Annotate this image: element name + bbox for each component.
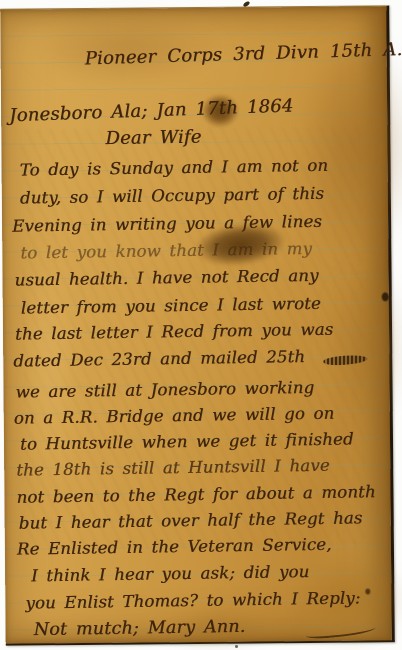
struck-out-word	[323, 354, 368, 366]
letter-line: Re Enlisted in the Veteran Service,	[17, 535, 332, 559]
letter-line: you Enlist Thomas? to which I Reply:	[25, 588, 360, 612]
letter-unit-heading: Pioneer Corps 3rd Divn 15th A.C.	[84, 39, 402, 70]
letter-line: the last letter I Recd from you was	[15, 320, 334, 344]
ink-speck	[235, 645, 238, 648]
stain	[324, 261, 402, 432]
letter-line: letter from you since I last wrote	[21, 294, 321, 318]
ink-spot	[365, 589, 370, 595]
letter-page: Pioneer Corps 3rd Divn 15th A.C. Jonesbo…	[0, 5, 395, 645]
letter-line: duty, so I will Occupy part of this	[20, 184, 325, 208]
letter-line: to let you know that I am in my	[20, 239, 312, 263]
letter-signature-line: Not mutch; Mary Ann.	[33, 617, 245, 640]
ink-spot	[382, 292, 389, 301]
signature-flourish	[305, 623, 376, 640]
letter-line: To day is Sunday and I am not on	[19, 156, 328, 180]
letter-line: usual health. I have not Recd any	[14, 266, 318, 290]
letter-salutation: Dear Wife	[105, 127, 202, 150]
letter-place-date: Jonesboro Ala; Jan 17th 1864	[9, 95, 294, 126]
letter-line: to Huntsville when we get it finished	[20, 429, 354, 453]
letter-line: Evening in writing you a few lines	[12, 212, 322, 236]
letter-line: but I hear that over half the Regt has	[19, 508, 363, 532]
photo-background: Pioneer Corps 3rd Divn 15th A.C. Jonesbo…	[0, 0, 402, 650]
letter-line: the 18th is still at Huntsvill I have	[16, 456, 330, 480]
letter-line: not been to the Regt for about a month	[16, 482, 376, 507]
letter-line: I think I hear you ask; did you	[31, 562, 310, 585]
letter-line: we are still at Jonesboro working	[15, 378, 314, 402]
letter-line: dated Dec 23rd and mailed 25th	[13, 347, 305, 371]
letter-line: on a R.R. Bridge and we will go on	[14, 404, 335, 428]
